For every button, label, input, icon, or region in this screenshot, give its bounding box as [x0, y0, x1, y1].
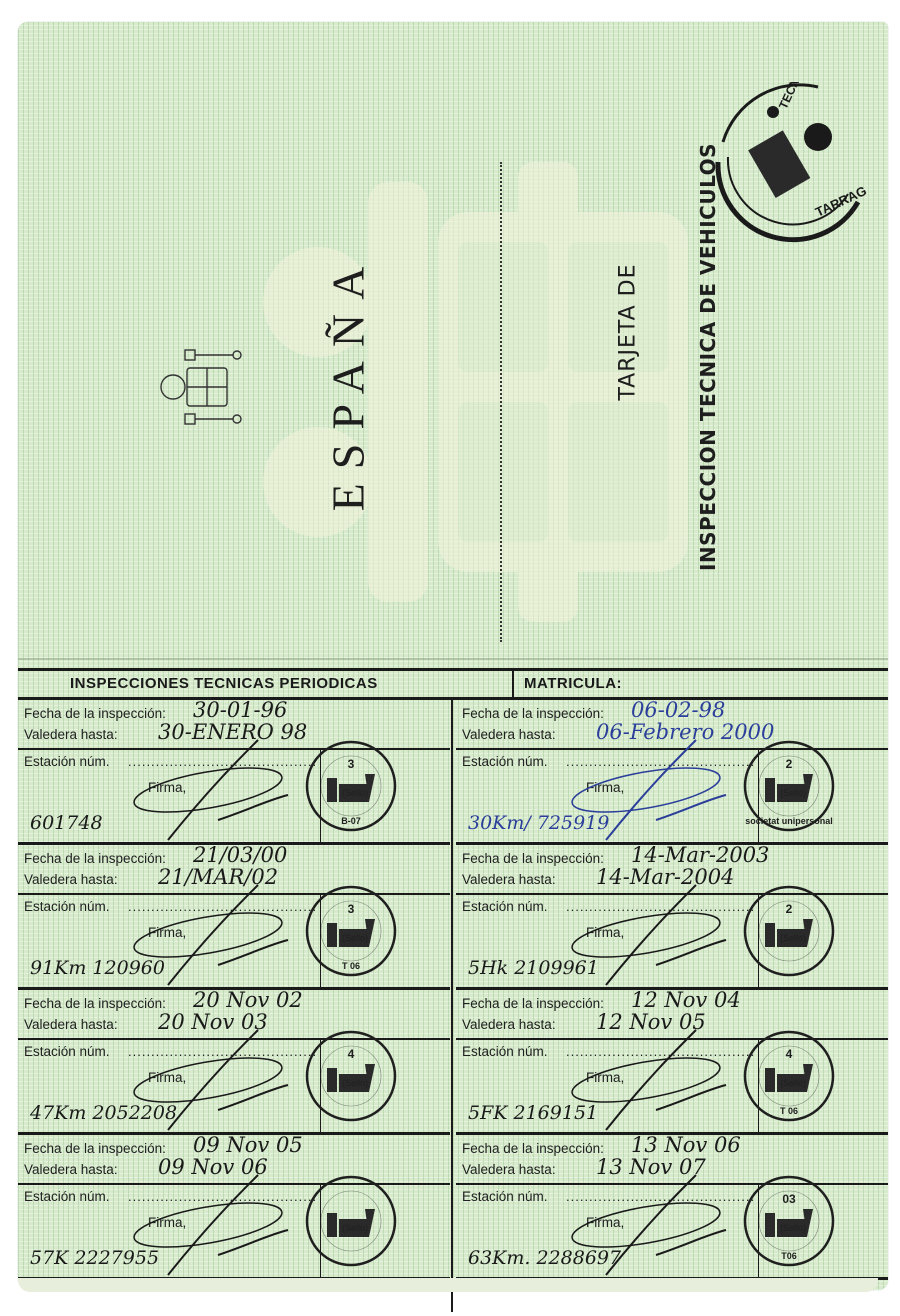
valid-until-value: 21/MAR/02	[158, 865, 278, 889]
inspection-date-value: 14-Mar-2003	[631, 843, 769, 867]
station-label: Estación núm.	[462, 1189, 548, 1204]
inspection-date-label: Fecha de la inspección:	[24, 706, 166, 721]
valid-until-label: Valedera hasta:	[24, 1162, 118, 1177]
inspection-date-label: Fecha de la inspección:	[24, 996, 166, 1011]
svg-text:(Sello): (Sello)	[780, 933, 806, 943]
signature-label: Firma,	[148, 780, 186, 795]
station-field: ........................................…	[566, 1044, 754, 1059]
svg-text:T06: T06	[781, 1251, 797, 1261]
signature-label: Firma,	[586, 1215, 624, 1230]
iteuve-stamp-icon: 2 (Sello)	[741, 883, 837, 979]
valid-until-label: Valedera hasta:	[462, 727, 556, 742]
mileage-note: 63Km. 2288697	[468, 1247, 621, 1269]
inspection-entry-3: Fecha de la inspección: 21/03/00 Valeder…	[18, 845, 450, 990]
station-label: Estación núm.	[462, 899, 548, 914]
seal-box: 4 (Sello)	[320, 1040, 449, 1132]
station-field: ........................................…	[128, 899, 316, 914]
station-field: ........................................…	[128, 1189, 316, 1204]
inspection-date-label: Fecha de la inspección:	[24, 1141, 166, 1156]
station-field: ........................................…	[566, 1189, 754, 1204]
iteuve-stamp-icon: 4 (Sello) T 06	[741, 1028, 837, 1124]
station-label: Estación núm.	[24, 899, 110, 914]
mileage-note: 57K 2227955	[30, 1247, 159, 1269]
svg-text:2: 2	[786, 902, 793, 916]
coat-of-arms-icon	[153, 340, 248, 435]
svg-text:3: 3	[348, 757, 355, 771]
signature-label: Firma,	[148, 1070, 186, 1085]
inspection-entry-8: Fecha de la inspección: 13 Nov 06 Valede…	[456, 1135, 888, 1280]
inspection-date-value: 09 Nov 05	[193, 1133, 303, 1157]
valid-until-label: Valedera hasta:	[462, 1162, 556, 1177]
signature-label: Firma,	[586, 1070, 624, 1085]
svg-text:4: 4	[786, 1047, 793, 1061]
inspection-entry-6: Fecha de la inspección: 12 Nov 04 Valede…	[456, 990, 888, 1135]
inspection-date-label: Fecha de la inspección:	[462, 706, 604, 721]
inspection-date-label: Fecha de la inspección:	[462, 996, 604, 1011]
iteuve-stamp-icon: 03 (Sello) T06	[741, 1173, 837, 1269]
form-header: INSPECCIONES TECNICAS PERIODICAS MATRICU…	[18, 668, 888, 700]
plate-label: MATRICULA:	[524, 675, 622, 692]
station-stamp-icon: TECNICAS Y TARRAG	[698, 82, 883, 252]
inspection-card: ESPAÑA TARJETA DE INSPECCION TECNICA DE …	[18, 22, 888, 1290]
inspection-date-label: Fecha de la inspección:	[462, 851, 604, 866]
fold-line	[18, 658, 888, 660]
seal-box: (Sello)	[320, 1185, 449, 1277]
svg-text:(Sello): (Sello)	[342, 788, 368, 798]
valid-until-label: Valedera hasta:	[24, 1017, 118, 1032]
station-label: Estación núm.	[24, 1044, 110, 1059]
column-divider	[451, 700, 453, 1312]
station-label: Estación núm.	[462, 1044, 548, 1059]
inspection-entry-4: Fecha de la inspección: 14-Mar-2003 Vale…	[456, 845, 888, 990]
seal-box: 4 (Sello) T 06	[758, 1040, 887, 1132]
svg-text:03: 03	[782, 1192, 796, 1206]
valid-until-label: Valedera hasta:	[462, 1017, 556, 1032]
inspection-date-value: 21/03/00	[193, 843, 287, 867]
valid-until-value: 12 Nov 05	[596, 1010, 706, 1034]
station-field: ........................................…	[566, 754, 754, 769]
svg-text:(Sello): (Sello)	[780, 788, 806, 798]
perforation-line	[500, 162, 502, 642]
station-label: Estación núm.	[462, 754, 548, 769]
svg-text:(Sello): (Sello)	[342, 1223, 368, 1233]
station-field: ........................................…	[128, 1044, 316, 1059]
svg-text:B-07: B-07	[341, 816, 361, 826]
watermark-coat-of-arms-icon	[238, 152, 718, 632]
valid-until-value: 30-ENERO 98	[158, 720, 307, 744]
signature-label: Firma,	[586, 780, 624, 795]
seal-box: 2 (Sello) societat unipersonal	[758, 750, 887, 842]
country-title: ESPAÑA	[322, 232, 375, 532]
inspection-entry-2: Fecha de la inspección: 06-02-98 Valeder…	[456, 700, 888, 845]
inspection-date-value: 06-02-98	[631, 698, 725, 722]
inspection-grid: Fecha de la inspección: 30-01-96 Valeder…	[18, 700, 888, 1280]
inspection-entry-7: Fecha de la inspección: 09 Nov 05 Valede…	[18, 1135, 450, 1280]
signature-label: Firma,	[148, 1215, 186, 1230]
svg-text:T 06: T 06	[342, 961, 360, 971]
seal-box: 2 (Sello)	[758, 895, 887, 987]
inspection-date-value: 12 Nov 04	[631, 988, 741, 1012]
iteuve-stamp-icon: 3 (Sello) T 06	[303, 883, 399, 979]
inspection-date-label: Fecha de la inspección:	[462, 1141, 604, 1156]
mileage-note: 5Hk 2109961	[468, 957, 599, 979]
mileage-note: 5FK 2169151	[468, 1102, 598, 1124]
svg-text:(Sello): (Sello)	[780, 1078, 806, 1088]
svg-text:2: 2	[786, 757, 793, 771]
inspection-form: INSPECCIONES TECNICAS PERIODICAS MATRICU…	[18, 668, 888, 1280]
seal-box: 3 (Sello) B-07	[320, 750, 449, 842]
svg-text:3: 3	[348, 902, 355, 916]
seal-box: 03 (Sello) T06	[758, 1185, 887, 1277]
signature-label: Firma,	[586, 925, 624, 940]
station-field: ........................................…	[566, 899, 754, 914]
card-title-line1: TARJETA DE	[616, 212, 641, 452]
svg-text:societat unipersonal: societat unipersonal	[745, 816, 833, 826]
header-title: INSPECCIONES TECNICAS PERIODICAS	[70, 675, 378, 692]
mileage-note: 91Km 120960	[30, 957, 165, 979]
valid-until-value: 09 Nov 06	[158, 1155, 268, 1179]
iteuve-stamp-icon: 4 (Sello)	[303, 1028, 399, 1124]
iteuve-stamp-icon: 3 (Sello) B-07	[303, 738, 399, 834]
card-edge	[18, 1278, 878, 1292]
mileage-note: 601748	[30, 812, 103, 834]
iteuve-stamp-icon: 2 (Sello) societat unipersonal	[741, 738, 837, 834]
station-label: Estación núm.	[24, 754, 110, 769]
station-field: ........................................…	[128, 754, 316, 769]
seal-box: 3 (Sello) T 06	[320, 895, 449, 987]
valid-until-value: 13 Nov 07	[596, 1155, 706, 1179]
svg-text:(Sello): (Sello)	[780, 1223, 806, 1233]
svg-text:(Sello): (Sello)	[342, 933, 368, 943]
inspection-date-label: Fecha de la inspección:	[24, 851, 166, 866]
inspection-date-value: 13 Nov 06	[631, 1133, 741, 1157]
inspection-entry-5: Fecha de la inspección: 20 Nov 02 Valede…	[18, 990, 450, 1135]
svg-text:4: 4	[348, 1047, 355, 1061]
signature-label: Firma,	[148, 925, 186, 940]
inspection-date-value: 30-01-96	[193, 698, 287, 722]
svg-text:(Sello): (Sello)	[342, 1078, 368, 1088]
valid-until-label: Valedera hasta:	[24, 872, 118, 887]
valid-until-label: Valedera hasta:	[24, 727, 118, 742]
valid-until-value: 14-Mar-2004	[596, 865, 734, 889]
inspection-date-value: 20 Nov 02	[193, 988, 303, 1012]
valid-until-label: Valedera hasta:	[462, 872, 556, 887]
card-cover: ESPAÑA TARJETA DE INSPECCION TECNICA DE …	[18, 22, 888, 664]
svg-text:T 06: T 06	[780, 1106, 798, 1116]
iteuve-stamp-icon: (Sello)	[303, 1173, 399, 1269]
station-label: Estación núm.	[24, 1189, 110, 1204]
svg-text:TARRAG: TARRAG	[813, 183, 869, 220]
mileage-note: 47Km 2052208	[30, 1102, 177, 1124]
header-divider	[512, 668, 514, 700]
valid-until-value: 20 Nov 03	[158, 1010, 268, 1034]
inspection-entry-1: Fecha de la inspección: 30-01-96 Valeder…	[18, 700, 450, 845]
mileage-note: 30Km/ 725919	[468, 812, 609, 834]
